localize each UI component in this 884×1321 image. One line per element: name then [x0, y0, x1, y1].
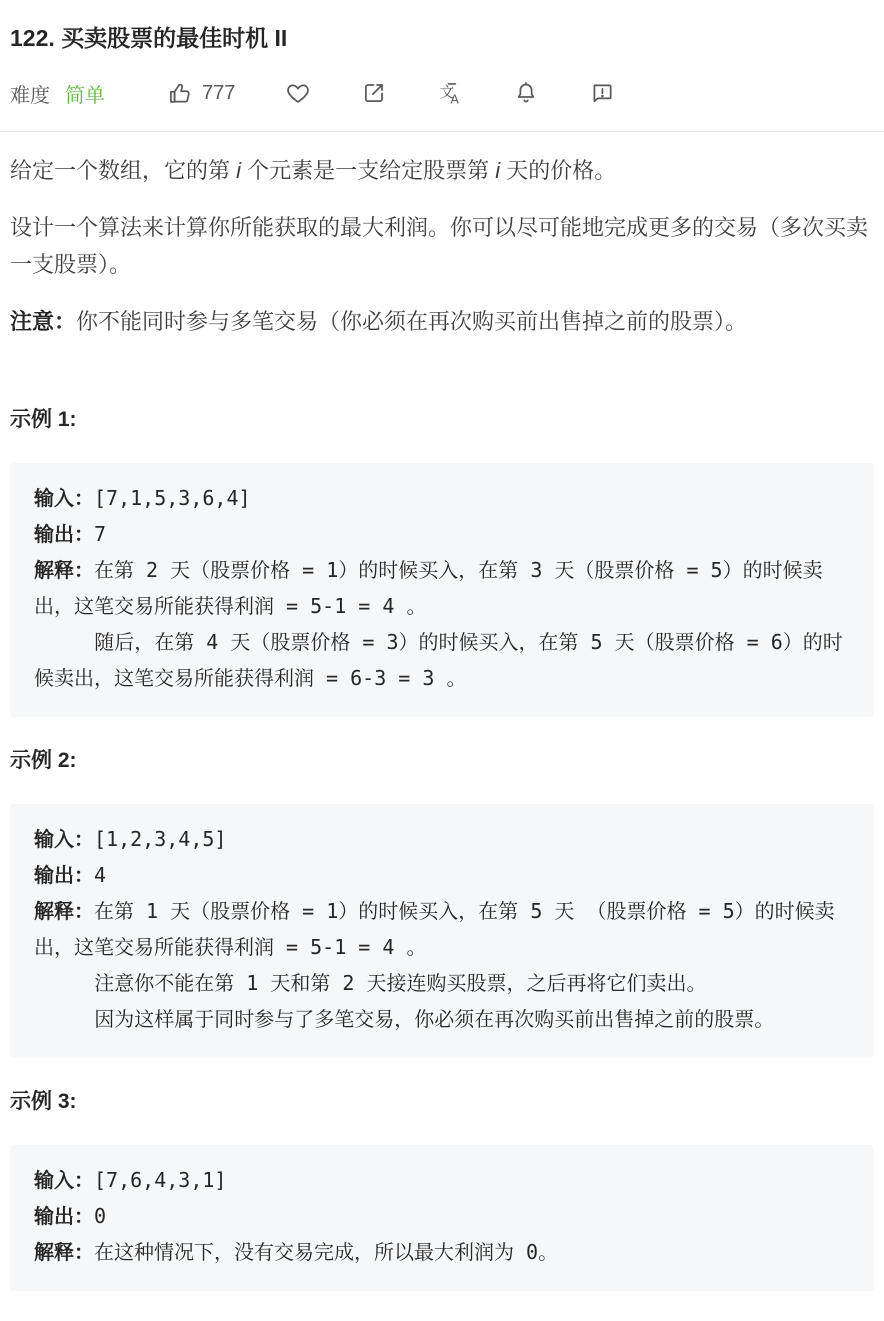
share-button[interactable] — [361, 80, 387, 106]
statement-text: 个元素是一支给定股票第 — [241, 158, 495, 183]
statement-text: 天的价格。 — [500, 158, 616, 183]
example-2-block: 输入：[1,2,3,4,5] 输出：4 解释：在第 1 天（股票价格 = 1）的… — [10, 804, 874, 1058]
translate-icon: 文 A — [437, 80, 463, 106]
statement-paragraph-2: 设计一个算法来计算你所能获取的最大利润。你可以尽可能地完成更多的交易（多次买卖一… — [10, 210, 874, 283]
feedback-button[interactable] — [589, 80, 615, 106]
divider — [0, 131, 884, 132]
example-1-block: 输入：[7,1,5,3,6,4] 输出：7 解释：在第 2 天（股票价格 = 1… — [10, 463, 874, 717]
example-3-output: 输出：0 — [34, 1198, 850, 1234]
note-paragraph: 注意：你不能同时参与多笔交易（你必须在再次购买前出售掉之前的股票）。 — [10, 304, 874, 341]
favorite-button[interactable] — [285, 80, 311, 106]
explanation-label: 解释： — [34, 558, 94, 582]
example-1-explanation: 解释：在第 2 天（股票价格 = 1）的时候买入，在第 3 天（股票价格 = 5… — [34, 552, 850, 696]
svg-text:A: A — [451, 93, 460, 107]
example-3-input: 输入：[7,6,4,3,1] — [34, 1162, 850, 1198]
input-label: 输入： — [34, 486, 94, 510]
example-3-explanation: 解释：在这种情况下，没有交易完成，所以最大利润为 0。 — [34, 1234, 850, 1270]
example-2-input: 输入：[1,2,3,4,5] — [34, 821, 850, 857]
example-1-input: 输入：[7,1,5,3,6,4] — [34, 480, 850, 516]
example-1-heading: 示例 1: — [10, 403, 874, 433]
bell-icon — [513, 80, 539, 106]
feedback-icon — [589, 80, 615, 106]
thumbs-up-icon — [167, 80, 193, 106]
heart-icon — [285, 80, 311, 106]
note-text: 你不能同时参与多笔交易（你必须在再次购买前出售掉之前的股票）。 — [76, 309, 747, 334]
notifications-button[interactable] — [513, 80, 539, 106]
difficulty-label: 难度 — [10, 79, 50, 108]
output-value: 7 — [94, 522, 106, 546]
explanation-label: 解释： — [34, 1240, 94, 1264]
example-3-block: 输入：[7,6,4,3,1] 输出：0 解释：在这种情况下，没有交易完成，所以最… — [10, 1145, 874, 1291]
explanation-text: 在这种情况下，没有交易完成，所以最大利润为 0。 — [94, 1240, 558, 1264]
input-label: 输入： — [34, 827, 94, 851]
input-value: [7,6,4,3,1] — [94, 1168, 226, 1192]
problem-toolbar: 难度 简单 777 — [10, 79, 874, 108]
explanation-text: 在第 2 天（股票价格 = 1）的时候买入，在第 3 天（股票价格 = 5）的时… — [34, 558, 843, 690]
problem-title: 122. 买卖股票的最佳时机 II — [10, 24, 874, 54]
explanation-text: 在第 1 天（股票价格 = 1）的时候买入，在第 5 天 （股票价格 = 5）的… — [34, 899, 835, 1031]
output-label: 输出： — [34, 1204, 94, 1228]
translate-button[interactable]: 文 A — [437, 80, 463, 106]
input-label: 输入： — [34, 1168, 94, 1192]
difficulty-badge: 简单 — [65, 79, 105, 108]
explanation-label: 解释： — [34, 899, 94, 923]
output-value: 0 — [94, 1204, 106, 1228]
statement-paragraph-1: 给定一个数组，它的第 i 个元素是一支给定股票第 i 天的价格。 — [10, 153, 874, 190]
like-button[interactable]: 777 — [167, 80, 235, 106]
output-label: 输出： — [34, 522, 94, 546]
note-label: 注意： — [10, 309, 76, 334]
statement-text: 给定一个数组，它的第 — [10, 158, 236, 183]
example-2-output: 输出：4 — [34, 857, 850, 893]
example-1-output: 输出：7 — [34, 516, 850, 552]
problem-description: 给定一个数组，它的第 i 个元素是一支给定股票第 i 天的价格。 设计一个算法来… — [10, 153, 874, 341]
share-icon — [361, 80, 387, 106]
output-value: 4 — [94, 863, 106, 887]
input-value: [7,1,5,3,6,4] — [94, 486, 251, 510]
like-count: 777 — [202, 82, 235, 105]
problem-page: 122. 买卖股票的最佳时机 II 难度 简单 777 — [0, 24, 884, 1321]
example-2-heading: 示例 2: — [10, 744, 874, 774]
output-label: 输出： — [34, 863, 94, 887]
example-2-explanation: 解释：在第 1 天（股票价格 = 1）的时候买入，在第 5 天 （股票价格 = … — [34, 893, 850, 1037]
input-value: [1,2,3,4,5] — [94, 827, 226, 851]
example-3-heading: 示例 3: — [10, 1085, 874, 1115]
